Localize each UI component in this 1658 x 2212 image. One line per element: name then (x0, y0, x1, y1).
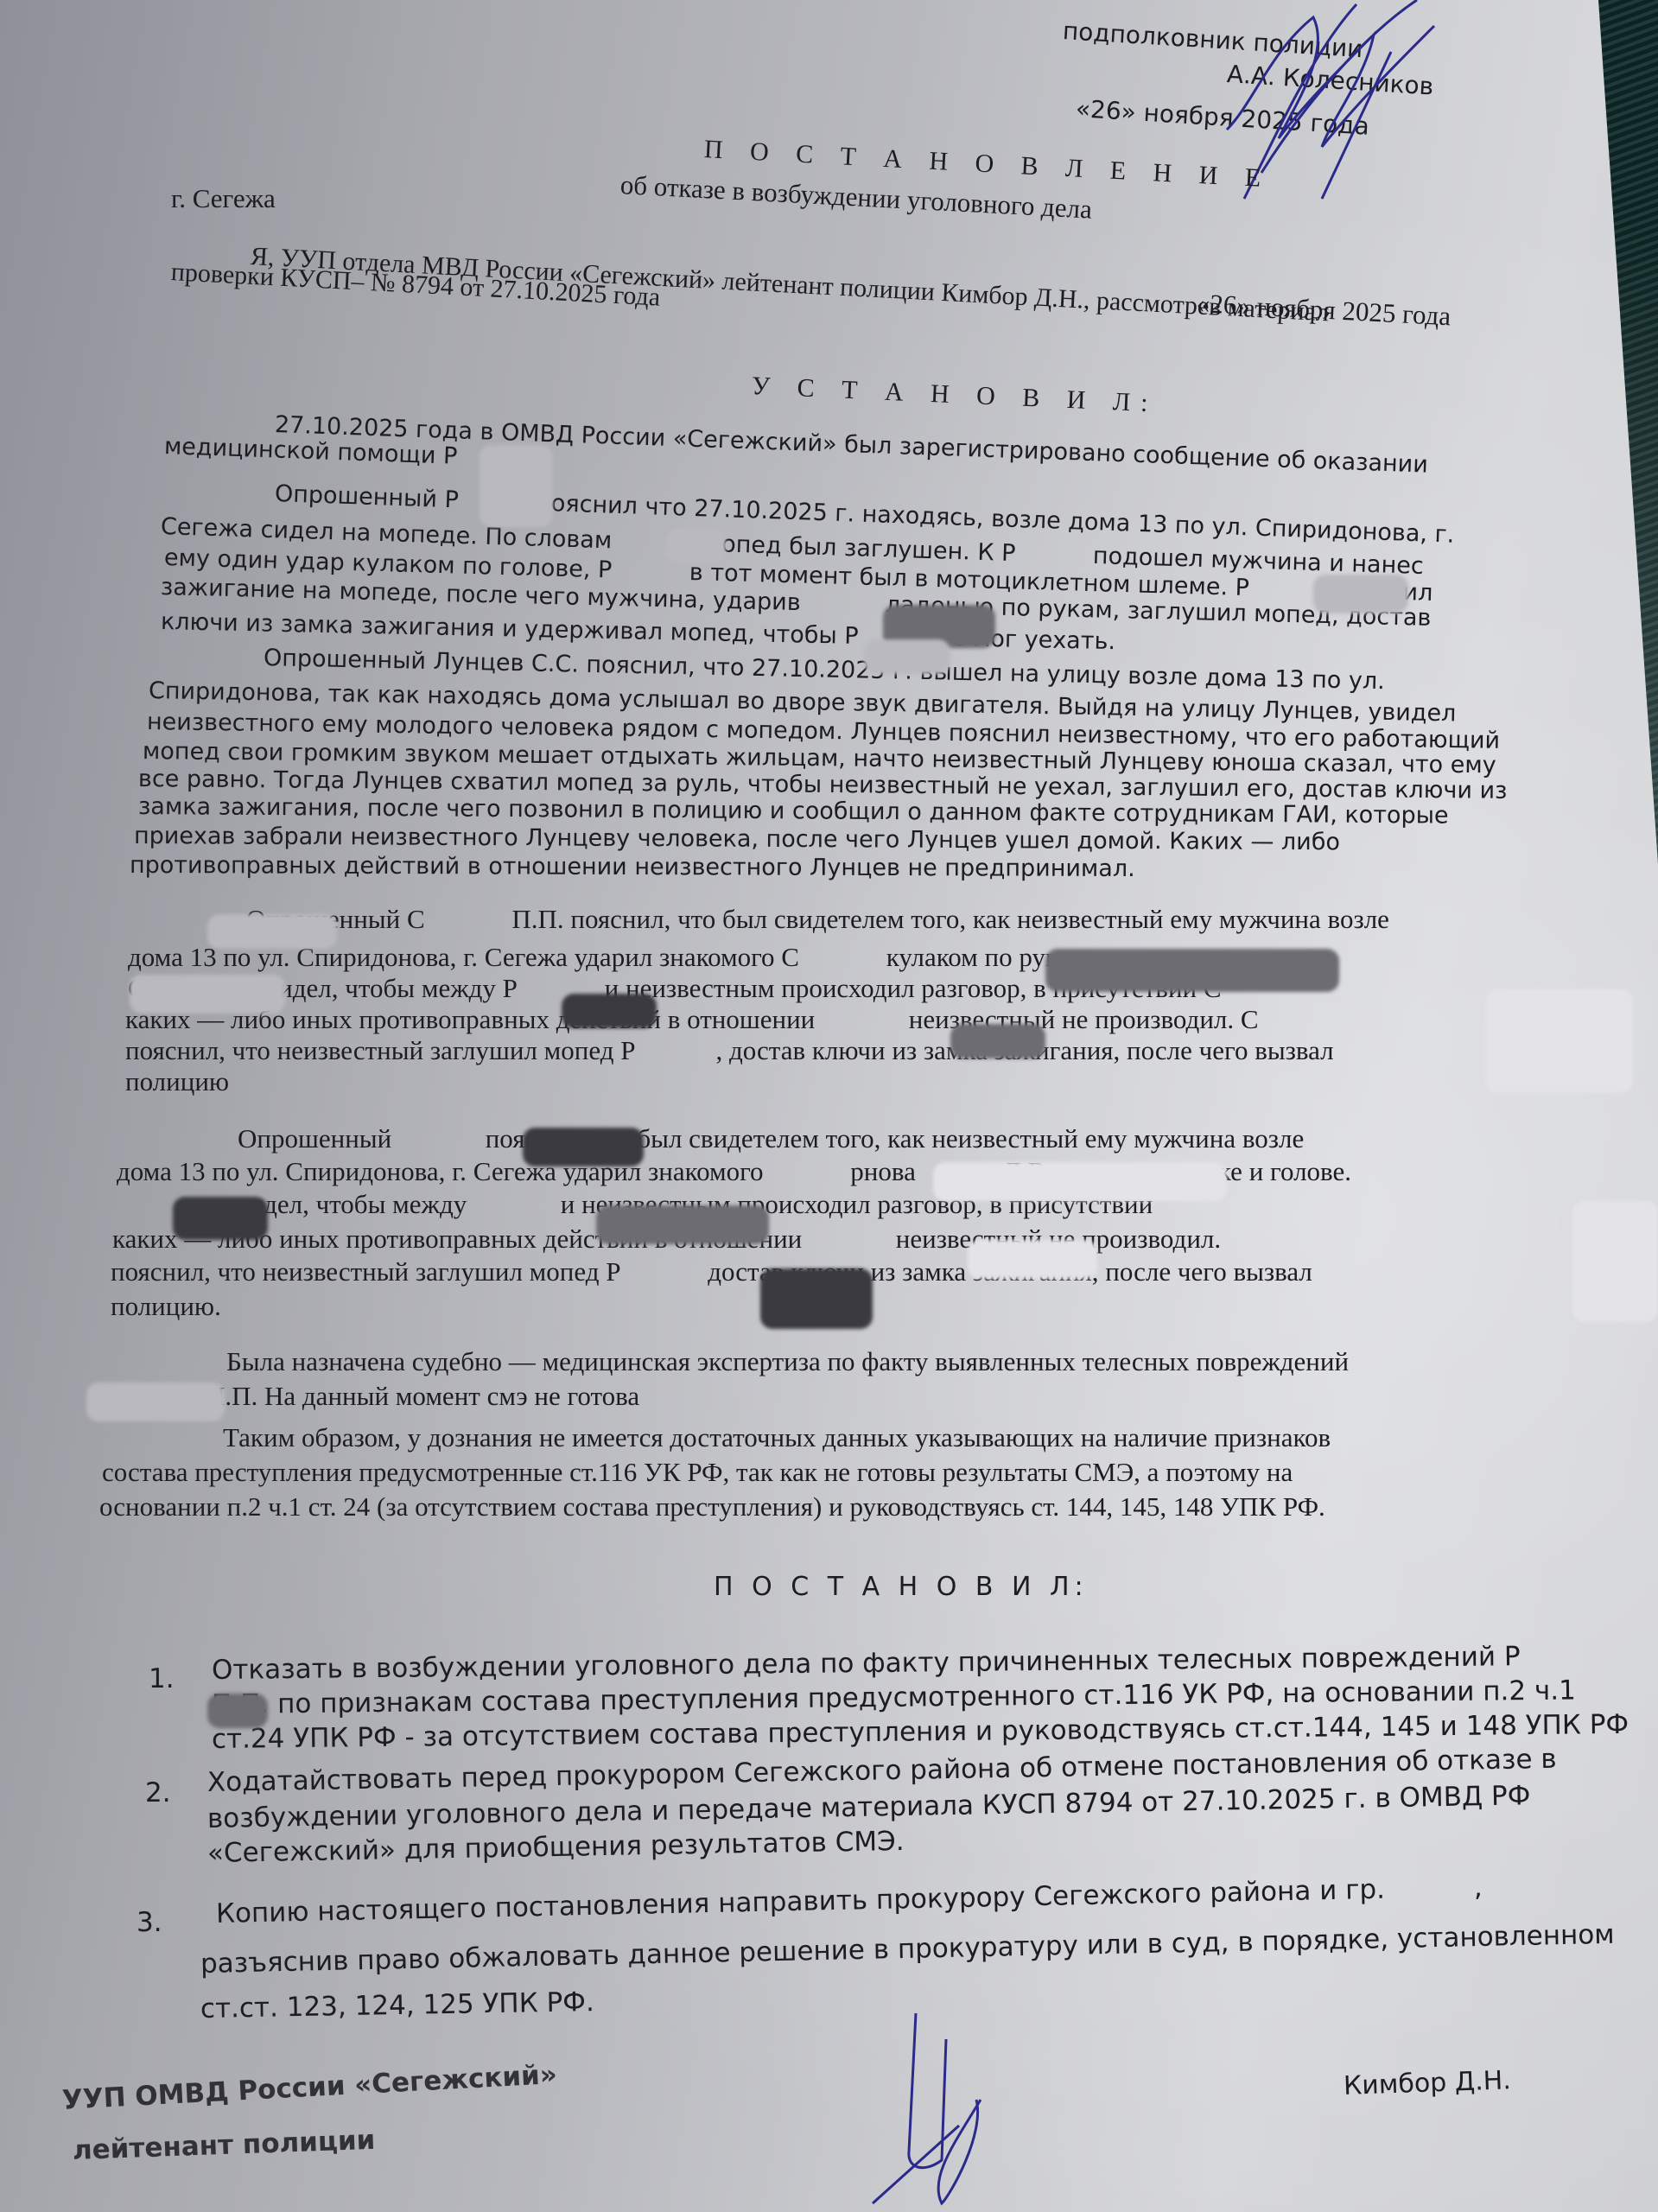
redaction (968, 1240, 1097, 1279)
redaction (1045, 949, 1339, 992)
established-line: Таким образом, у дознания не имеется дос… (223, 1424, 1331, 1451)
redaction (1313, 575, 1408, 613)
redaction (130, 975, 285, 1014)
established-line: приехав забрали неизвестного Лунцеву чел… (134, 824, 1340, 854)
city: г. Сегежа (171, 185, 276, 212)
redaction (596, 1205, 769, 1244)
signature-name: Кимбор Д.Н. (1343, 2068, 1511, 2100)
established-line: Опрошенный пояснил, что был свидетелем т… (238, 1125, 1304, 1152)
resolved-item-number: 2. (145, 1780, 171, 1807)
redaction (933, 1162, 1227, 1201)
redaction (1486, 989, 1633, 1093)
redaction (207, 1694, 268, 1728)
redaction (523, 1128, 644, 1166)
redaction (86, 1382, 225, 1421)
redaction (480, 445, 553, 527)
redaction (760, 1268, 873, 1329)
redaction (562, 994, 657, 1028)
redaction (665, 529, 726, 563)
resolved-heading: П О С Т А Н О В И Л: (714, 1574, 1089, 1600)
established-line: Опрошенный С П.П. пояснил, что был свиде… (246, 906, 1389, 932)
redaction (207, 914, 337, 949)
redaction (864, 639, 950, 674)
established-line: состава преступления предусмотренные ст.… (102, 1459, 1293, 1485)
established-line: противоправных действий в отношении неиз… (130, 854, 1135, 880)
redaction (950, 1024, 1045, 1058)
established-line: пояснил, что неизвестный заглушил мопед … (111, 1258, 1312, 1285)
resolved-item-line: ст.ст. 123, 124, 125 УПК РФ. (200, 1989, 594, 2023)
established-line: основании п.2 ч.1 ст. 24 (за отсутствием… (99, 1493, 1325, 1520)
resolved-item-number: 3. (137, 1910, 162, 1936)
redaction (1572, 1201, 1658, 1322)
established-line: пояснил, что неизвестный заглушил мопед … (125, 1037, 1334, 1064)
resolved-item-number: 1. (149, 1666, 175, 1693)
established-line: полицию. (111, 1293, 221, 1319)
established-line: полицию (125, 1068, 229, 1095)
established-line: каких — либо иных противоправных действи… (125, 1006, 1339, 1033)
officer-signature-icon (855, 1996, 994, 2212)
redaction (173, 1197, 268, 1240)
established-line: Была назначена судебно — медицинская экс… (226, 1348, 1349, 1375)
